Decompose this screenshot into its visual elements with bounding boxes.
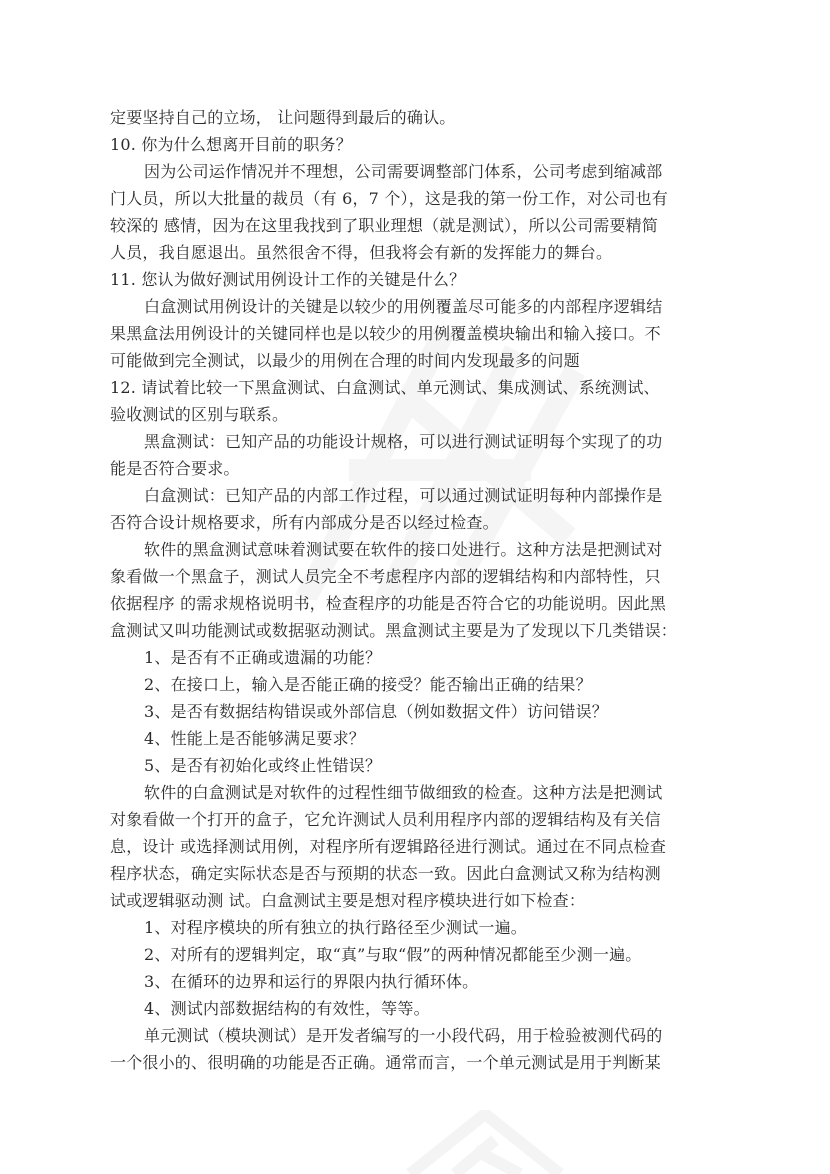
question-heading: 10. 你为什么想离开目前的职务？ [110,131,690,158]
watermark-logo-icon [400,1110,570,1174]
text-line: 人员，我自愿退出。虽然很舍不得，但我将会有新的发挥能力的舞台。 [110,239,690,266]
question-heading: 11. 您认为做好测试用例设计工作的关键是什么？ [110,266,690,293]
text-line: 果黑盒法用例设计的关键同样也是以较少的用例覆盖模块输出和输入接口。不 [110,320,690,347]
list-item: 4、性能上是否能够满足要求？ [110,725,690,752]
text-line: 门人员，所以大批量的裁员（有 6，7 个），这是我的第一份工作，对公司也有 [110,185,690,212]
text-line: 白盒测试：已知产品的内部工作过程，可以通过测试证明每种内部操作是 [110,482,690,509]
question-heading: 12. 请试着比较一下黑盒测试、白盒测试、单元测试、集成测试、系统测试、 [110,374,690,401]
text-line: 一个很小的、很明确的功能是否正确。通常而言，一个单元测试是用于判断某 [110,1049,690,1076]
text-line: 软件的白盒测试是对软件的过程性细节做细致的检查。这种方法是把测试 [110,779,690,806]
text-line: 息，设计 或选择测试用例，对程序所有逻辑路径进行测试。通过在不同点检查 [110,833,690,860]
text-line: 对象看做一个打开的盒子，它允许测试人员利用程序内部的逻辑结构及有关信 [110,806,690,833]
text-line: 软件的黑盒测试意味着测试要在软件的接口处进行。这种方法是把测试对 [110,536,690,563]
list-item: 1、对程序模块的所有独立的执行路径至少测试一遍。 [110,914,690,941]
text-line: 可能做到完全测试，以最少的用例在合理的时间内发现最多的问题 [110,347,690,374]
text-line: 依据程序 的需求规格说明书，检查程序的功能是否符合它的功能说明。因此黑 [110,590,690,617]
text-line: 因为公司运作情况并不理想，公司需要调整部门体系，公司考虑到缩减部 [110,158,690,185]
question-heading: 验收测试的区别与联系。 [110,401,690,428]
document-page: 定要坚持自己的立场， 让问题得到最后的确认。 10. 你为什么想离开目前的职务？… [0,0,830,1174]
text-line: 定要坚持自己的立场， 让问题得到最后的确认。 [110,104,690,131]
text-line: 能是否符合要求。 [110,455,690,482]
text-line: 否符合设计规格要求，所有内部成分是否以经过检查。 [110,509,690,536]
text-line: 单元测试（模块测试）是开发者编写的一小段代码，用于检验被测代码的 [110,1022,690,1049]
document-body: 定要坚持自己的立场， 让问题得到最后的确认。 10. 你为什么想离开目前的职务？… [110,104,690,1076]
list-item: 2、对所有的逻辑判定，取“真”与取“假”的两种情况都能至少测一遍。 [110,941,690,968]
text-line: 盒测试又叫功能测试或数据驱动测试。黑盒测试主要是为了发现以下几类错误： [110,617,690,644]
text-line: 程序状态，确定实际状态是否与预期的状态一致。因此白盒测试又称为结构测 [110,860,690,887]
list-item: 3、在循环的边界和运行的界限内执行循环体。 [110,968,690,995]
text-line: 黑盒测试：已知产品的功能设计规格，可以进行测试证明每个实现了的功 [110,428,690,455]
text-line: 试或逻辑驱动测 试。白盒测试主要是想对程序模块进行如下检查： [110,887,690,914]
list-item: 1、是否有不正确或遗漏的功能？ [110,644,690,671]
text-line: 象看做一个黑盒子，测试人员完全不考虑程序内部的逻辑结构和内部特性，只 [110,563,690,590]
list-item: 2、在接口上，输入是否能正确的接受？能否输出正确的结果？ [110,671,690,698]
list-item: 5、是否有初始化或终止性错误？ [110,752,690,779]
text-line: 白盒测试用例设计的关键是以较少的用例覆盖尽可能多的内部程序逻辑结 [110,293,690,320]
list-item: 4、测试内部数据结构的有效性，等等。 [110,995,690,1022]
list-item: 3、是否有数据结构错误或外部信息（例如数据文件）访问错误？ [110,698,690,725]
text-line: 较深的 感情，因为在这里我找到了职业理想（就是测试），所以公司需要精简 [110,212,690,239]
